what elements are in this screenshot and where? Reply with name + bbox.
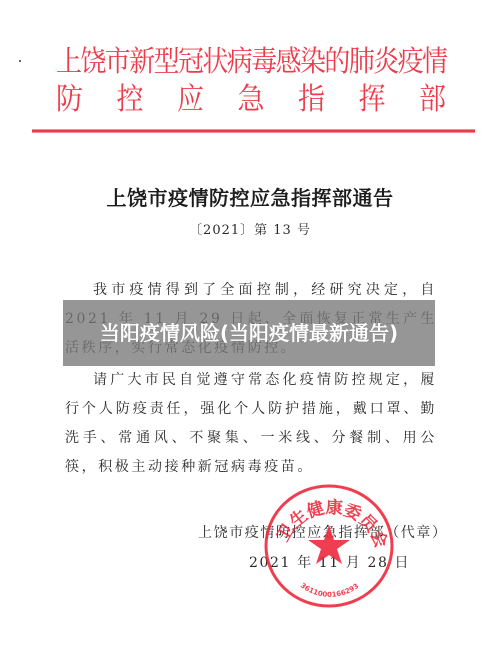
letterhead-char: 控 bbox=[117, 82, 144, 118]
svg-text:3611000166293: 3611000166293 bbox=[299, 581, 361, 598]
letterhead-char: 指 bbox=[298, 82, 325, 118]
notice-title: 上饶市疫情防控应急指挥部通告 bbox=[0, 182, 500, 211]
letterhead-line-2: 防 控 应 急 指 挥 部 bbox=[56, 82, 446, 118]
letterhead-divider bbox=[32, 129, 475, 133]
letterhead-char: 挥 bbox=[359, 82, 386, 118]
article-title-banner[interactable]: 当阳疫情风险(当阳疫情最新通告) bbox=[63, 300, 435, 366]
document-page: 上饶市新型冠状病毒感染的肺炎疫情 防 控 应 急 指 挥 部 上饶市疫情防控应急… bbox=[0, 0, 500, 671]
letterhead-char: 应 bbox=[177, 82, 204, 118]
official-seal-icon: 卫生健康委员会 3611000166293 bbox=[263, 483, 395, 609]
letterhead-char: 急 bbox=[238, 82, 265, 118]
article-title[interactable]: 当阳疫情风险(当阳疫情最新通告) bbox=[100, 318, 398, 348]
letterhead-char: 防 bbox=[56, 82, 83, 118]
body-paragraph-2: 请广大市民自觉遵守常态化疫情防控规定，履行个人防疫责任，强化个人防护措施，戴口罩… bbox=[65, 366, 437, 482]
letterhead-line-1: 上饶市新型冠状病毒感染的肺炎疫情 bbox=[56, 44, 446, 80]
document-number: 〔2021〕第 13 号 bbox=[0, 219, 500, 238]
letterhead-char: 部 bbox=[419, 82, 446, 118]
scan-speck bbox=[19, 60, 21, 62]
